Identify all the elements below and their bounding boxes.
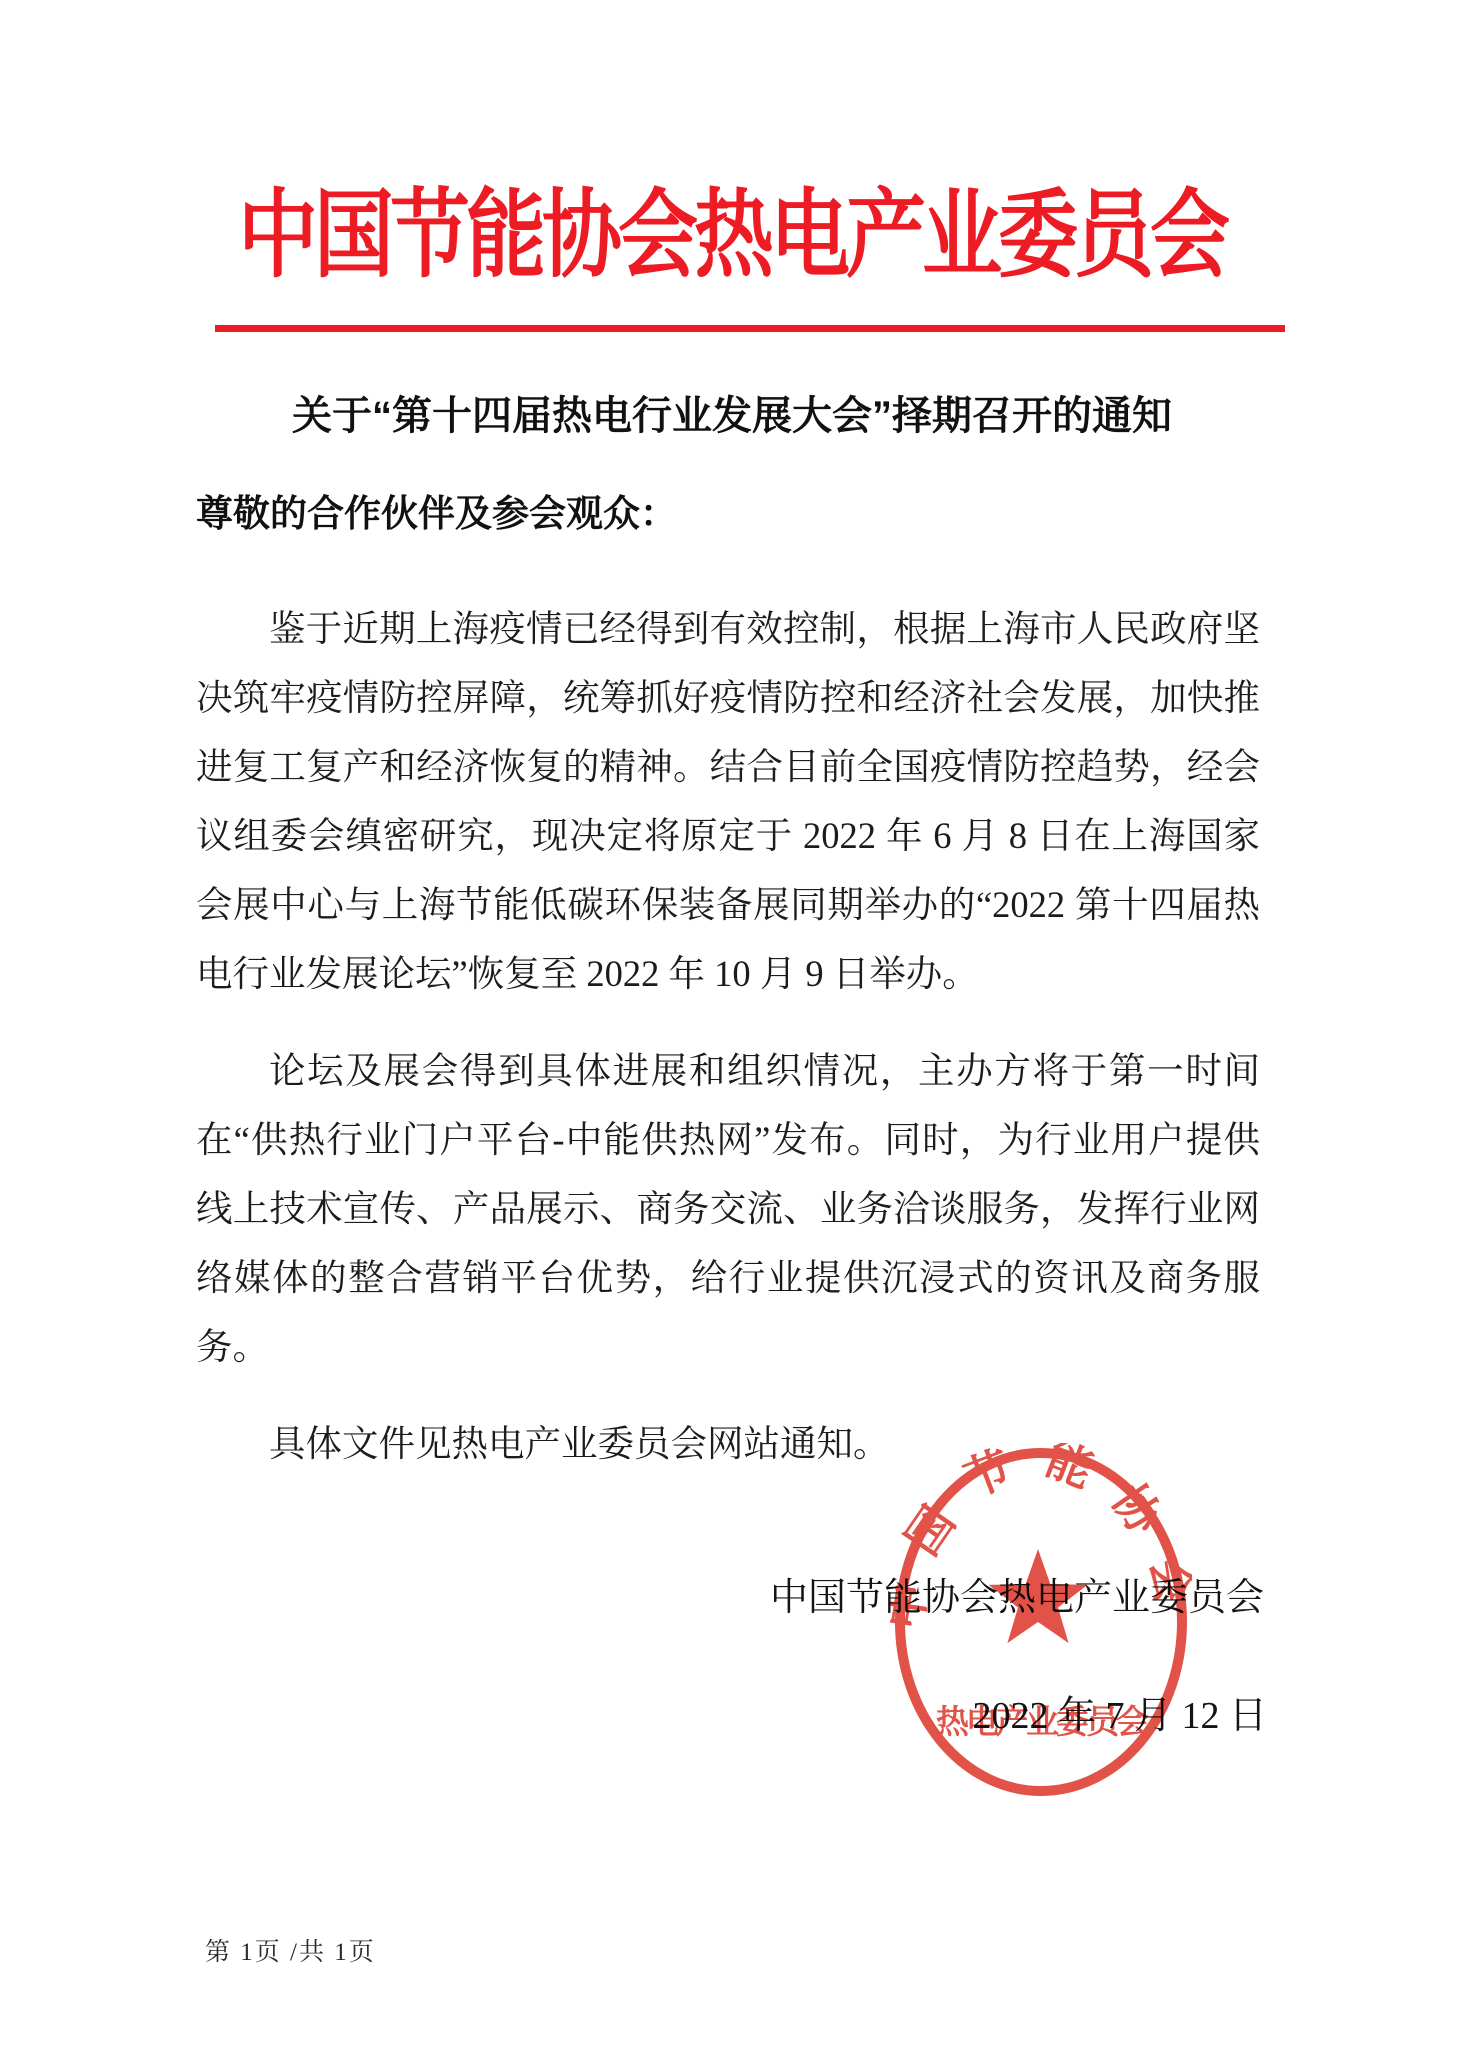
- seal-star-icon: [989, 1549, 1088, 1643]
- seal-bottom-text: 热电产业委员会: [936, 1704, 1149, 1741]
- letterhead-divider-rule: [215, 325, 1285, 332]
- body-paragraph-1: 鉴于近期上海疫情已经得到有效控制，根据上海市人民政府坚决筑牢疫情防控屏障，统筹抓…: [196, 594, 1260, 1008]
- official-seal-stamp: 中国节能协会 热电产业委员会: [890, 1443, 1192, 1803]
- page-number-footer: 第 1页 /共 1页: [205, 1938, 376, 1968]
- body-paragraph-2: 论坛及展会得到具体进展和组织情况，主办方将于第一时间在“供热行业门户平台-中能供…: [196, 1036, 1260, 1381]
- salutation-line: 尊敬的合作伙伴及参会观众：: [196, 493, 1260, 537]
- letterhead-org-title: 中国节能协会热电产业委员会: [0, 189, 1464, 285]
- notice-body: 鉴于近期上海疫情已经得到有效控制，根据上海市人民政府坚决筑牢疫情防控屏障，统筹抓…: [196, 594, 1260, 1478]
- notice-document-page: 中国节能协会热电产业委员会 关于“第十四届热电行业发展大会”择期召开的通知 尊敬…: [0, 0, 1464, 2070]
- notice-title: 关于“第十四届热电行业发展大会”择期召开的通知: [0, 392, 1464, 440]
